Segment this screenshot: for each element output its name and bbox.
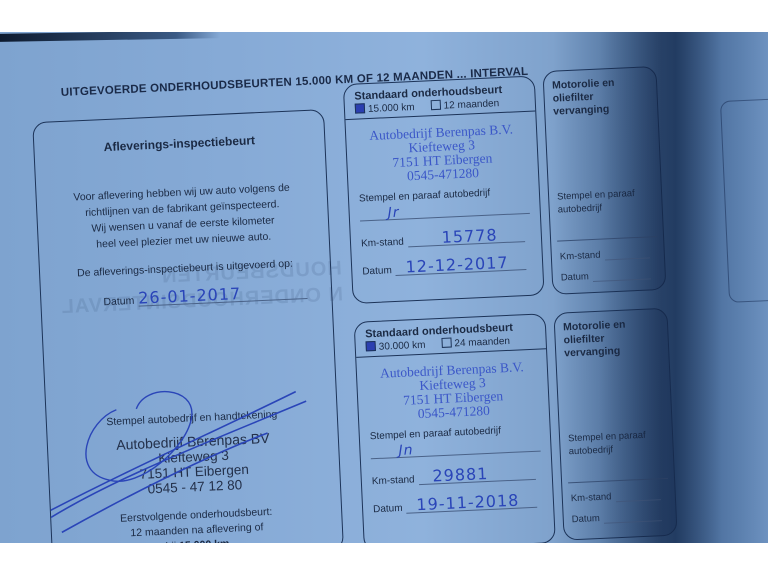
handwritten-km: 29881 [432, 464, 489, 486]
delivery-intro: Voor aflevering hebben wij uw auto volge… [36, 178, 329, 255]
booklet-page: HOUDSBEURTEN N ONDERHOUDSINTERVAL UITGEV… [0, 32, 768, 543]
date-label: Datum [362, 265, 392, 277]
km-line: 15778 [407, 222, 525, 247]
service-header: Standaard onderhoudsbeurt 15.000 km 12 m… [344, 77, 535, 121]
km-line [616, 499, 661, 502]
date-line [593, 278, 651, 282]
date-line [604, 520, 662, 524]
oil-km-field: Km-stand [552, 247, 664, 263]
month-option[interactable]: 12 maanden [430, 98, 499, 112]
month-option-label: 12 maanden [443, 98, 499, 112]
service-header: Standaard onderhoudsbeurt 30.000 km 24 m… [355, 314, 546, 358]
delivery-inspection-title: Afleverings-inspectiebeurt [34, 130, 324, 157]
oil-stamp-label: Stempel en paraaf autobedrijf [546, 114, 662, 217]
checkbox-checked-icon[interactable] [366, 341, 376, 351]
handwritten-initials: Jn [398, 442, 414, 457]
date-field: Datum 19-11-2018 [363, 487, 554, 516]
service-box-1: Standaard onderhoudsbeurt 15.000 km 12 m… [343, 75, 545, 303]
handwritten-km: 15778 [441, 225, 498, 247]
oil-stamp-label: Stempel en paraaf autobedrijf [557, 356, 673, 459]
oil-title: Motorolie en oliefilter vervanging [543, 67, 657, 119]
km-label: Km-stand [560, 250, 601, 263]
date-label: Datum [103, 295, 134, 308]
oil-title: Motorolie en oliefilter vervanging [554, 309, 668, 361]
km-label: Km-stand [372, 474, 415, 487]
dealer-stamp: Autobedrijf Berenpas BV Kiefteweg 3 7151… [48, 428, 340, 501]
oil-change-box-2: Motorolie en oliefilter vervanging Stemp… [553, 308, 677, 541]
date-field: Datum 12-12-2017 [352, 249, 543, 278]
service-box-2: Standaard onderhoudsbeurt 30.000 km 24 m… [354, 313, 556, 543]
checkbox-empty-icon[interactable] [430, 100, 440, 110]
date-line: 19-11-2018 [406, 488, 537, 514]
km-label: Km-stand [571, 491, 612, 504]
month-option[interactable]: 24 maanden [441, 336, 510, 350]
handwritten-date: 19-11-2018 [416, 491, 520, 515]
date-line: 12-12-2017 [395, 250, 526, 276]
delivery-date-field: Datum 26-01-2017 [103, 278, 332, 308]
km-line: 29881 [418, 460, 536, 485]
km-option-label: 30.000 km [379, 340, 426, 353]
next-service-note: Eerstvolgende onderhoudsbeurt: 12 maande… [51, 502, 343, 543]
oil-date-field: Datum [564, 510, 676, 526]
service-booklet-photo: HOUDSBEURTEN N ONDERHOUDSINTERVAL UITGEV… [0, 32, 768, 543]
next-prefix: bij [166, 540, 177, 543]
km-field: Km-stand 29881 [361, 459, 552, 488]
dealer-stamp: Autobedrijf Berenpas B.V. Kiefteweg 3 71… [346, 121, 538, 186]
km-label: Km-stand [361, 237, 404, 250]
performed-on-label: De afleverings-inspectiebeurt is uitgevo… [40, 256, 330, 281]
dealer-stamp: Autobedrijf Berenpas B.V. Kiefteweg 3 71… [357, 359, 549, 424]
oil-stamp-line [557, 236, 657, 242]
km-line [605, 257, 650, 260]
oil-km-field: Km-stand [563, 489, 675, 505]
handwritten-date: 26-01-2017 [138, 284, 242, 308]
next-page-box-edge [720, 98, 768, 303]
date-label: Datum [572, 513, 600, 525]
km-option[interactable]: 15.000 km [355, 102, 415, 116]
date-label: Datum [561, 271, 589, 283]
oil-change-box-1: Motorolie en oliefilter vervanging Stemp… [542, 66, 666, 295]
stamp-signature-label: Stempel autobedrijf en handtekening [47, 406, 337, 431]
checkbox-empty-icon[interactable] [441, 338, 451, 348]
oil-stamp-line [568, 478, 668, 484]
km-option-label: 15.000 km [368, 102, 415, 115]
handwritten-date: 12-12-2017 [405, 253, 509, 277]
km-option[interactable]: 30.000 km [366, 340, 426, 354]
delivery-inspection-box: Afleverings-inspectiebeurt Voor afleveri… [32, 109, 344, 543]
date-line: 26-01-2017 [138, 279, 308, 307]
checkbox-checked-icon[interactable] [355, 104, 365, 114]
month-option-label: 24 maanden [454, 336, 510, 350]
date-label: Datum [373, 503, 403, 515]
oil-date-field: Datum [553, 268, 665, 284]
handwritten-initials: Jr [387, 205, 400, 220]
next-km: 15.000 km [179, 538, 230, 543]
km-field: Km-stand 15778 [350, 221, 541, 250]
